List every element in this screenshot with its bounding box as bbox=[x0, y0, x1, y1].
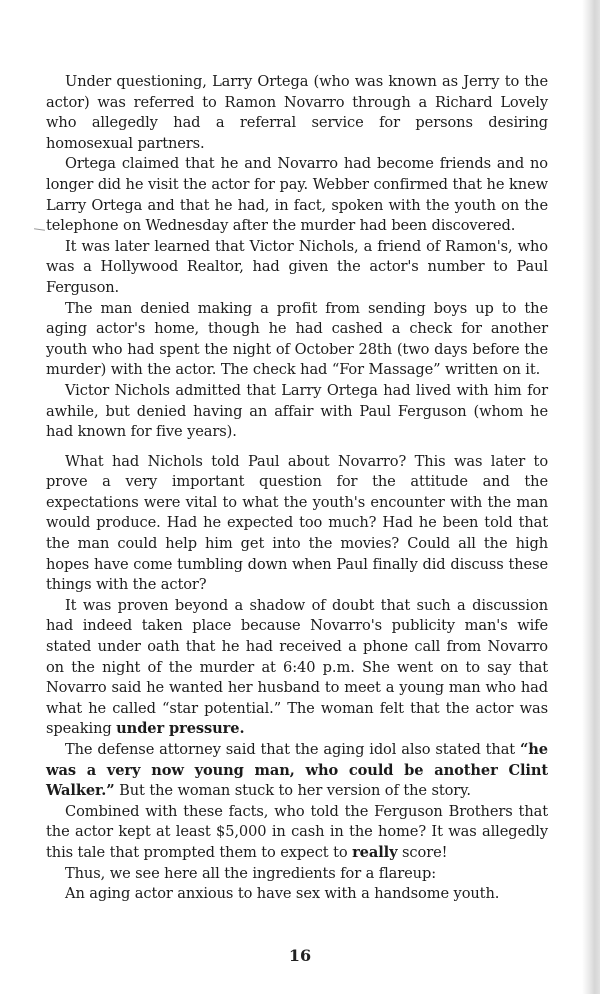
paragraph-proven-discussion: It was proven beyond a shadow of doubt t… bbox=[46, 596, 548, 740]
emphasis-under-pressure: under pressure. bbox=[116, 720, 244, 737]
paragraph-text-pre: Combined with these facts, who told the … bbox=[46, 803, 548, 861]
emphasis-really: really bbox=[352, 844, 397, 861]
paragraph-ingredients: Thus, we see here all the ingredients fo… bbox=[46, 864, 548, 885]
paragraph-combined-facts: Combined with these facts, who told the … bbox=[46, 802, 548, 864]
paragraph-ortega-questioning: Under questioning, Larry Ortega (who was… bbox=[46, 72, 548, 154]
paragraph-ortega-friends: Ortega claimed that he and Novarro had b… bbox=[46, 154, 548, 236]
paragraph-text-post: score! bbox=[398, 844, 448, 861]
paragraph-text-pre: The defense attorney said that the aging… bbox=[65, 741, 520, 758]
paragraph-defense-attorney: The defense attorney said that the aging… bbox=[46, 740, 548, 802]
page-body: Under questioning, Larry Ortega (who was… bbox=[46, 72, 548, 905]
paragraph-check-massage: The man denied making a profit from send… bbox=[46, 299, 548, 381]
paragraph-nichols-admitted: Victor Nichols admitted that Larry Orteg… bbox=[46, 381, 548, 443]
paragraph-what-had-nichols-told: What had Nichols told Paul about Novarro… bbox=[46, 452, 548, 596]
page-gutter-shadow bbox=[582, 0, 600, 994]
paragraph-text: It was proven beyond a shadow of doubt t… bbox=[46, 597, 548, 738]
margin-pencil-mark bbox=[34, 228, 45, 231]
paragraph-text-post: But the woman stuck to her version of th… bbox=[115, 782, 471, 799]
paragraph-victor-nichols: It was later learned that Victor Nichols… bbox=[46, 237, 548, 299]
page-number: 16 bbox=[0, 946, 600, 965]
paragraph-aging-actor: An aging actor anxious to have sex with … bbox=[46, 884, 548, 905]
